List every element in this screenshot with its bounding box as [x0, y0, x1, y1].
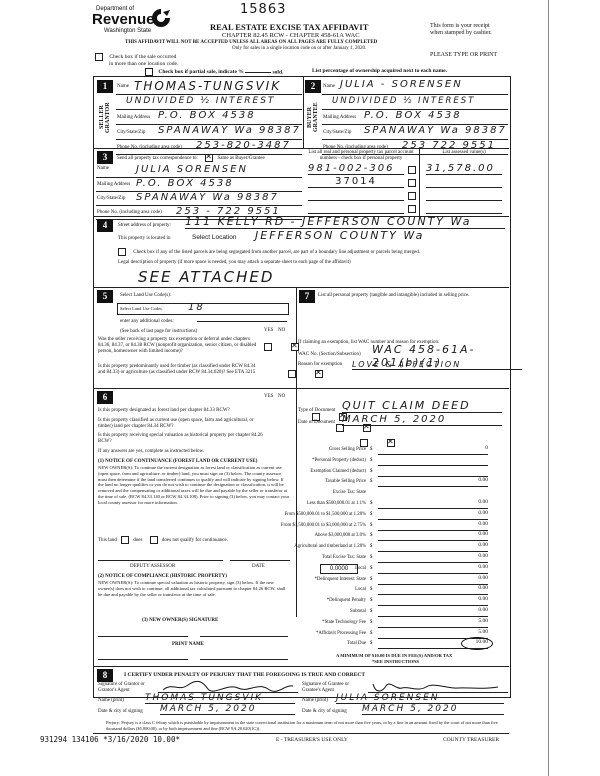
s5-q2-no-checkbox[interactable] [315, 370, 323, 378]
stamp-number: 15863 [240, 2, 286, 17]
tax-row-value[interactable]: 0.00 [378, 596, 488, 606]
partial-sale-label: Check box if partial sale, indicate % [158, 69, 243, 75]
print-name-label: PRINT NAME [172, 642, 204, 648]
seller-interest-field[interactable]: UNDIVIDED ½ INTEREST [126, 96, 275, 106]
tax-row-dollar: $ [370, 555, 372, 560]
tax-row: Taxable Selling Price$0.00 [298, 477, 508, 488]
tax-row-label: Taxable Selling Price [325, 479, 366, 484]
tax-row-dollar: $ [370, 469, 372, 474]
tax-row-value[interactable]: 0.00 [378, 575, 488, 585]
tax-row: *Delinquent Interest: State$0.00 [298, 575, 508, 586]
tax-city-field[interactable]: SPANAWAY Wa 98387 [136, 192, 279, 203]
tax-row-dollar: $ [370, 566, 372, 571]
receipt-note: This form is your receipt when stamped b… [430, 23, 492, 37]
tax-row-dollar: $ [370, 587, 372, 592]
tax-row-label: *Delinquent Interest: State [315, 577, 366, 582]
parcel-row: 37014 [308, 176, 508, 189]
buyer-city-field[interactable]: SPANAWAY Wa 98387 [364, 125, 507, 136]
grantee-signature[interactable] [368, 680, 508, 693]
tax-row-label: Local [355, 587, 366, 592]
this-land-label: This land [98, 538, 117, 543]
same-as-buyer-label: Same as Buyer/Grantee [217, 156, 264, 161]
deputy-assessor-label: DEPUTY ASSESSOR [130, 564, 175, 570]
s5-question-1: Was the seller receiving a property tax … [98, 337, 258, 355]
street-address-field[interactable]: 111 KELLY RD - JEFFERSON COUNTY Wa [185, 215, 505, 229]
buyer-name-field[interactable]: JULIA - SORENSEN [340, 79, 463, 90]
tax-row: Above $3,000,000 at 3.0%$0.00 [298, 531, 508, 542]
tax-row-label: *Delinquent Penalty [327, 598, 366, 603]
tax-row-label: Exemption Claimed (deduct) [310, 469, 366, 474]
land-use-select-label: Select Land Use Codes [120, 306, 162, 312]
grantor-name-field[interactable]: THOMAS TUNGSVIK [145, 693, 295, 704]
s5-yes-header: YES [264, 328, 273, 334]
section-8-top-rule [93, 666, 509, 667]
grantee-name-label: Name (print) [302, 698, 328, 704]
personal-property-checkbox[interactable] [408, 179, 416, 187]
tax-row: From $1,500,000.01 to $3,000,000 at 2.75… [298, 521, 508, 532]
buyer-grantee-label: BUYER GRANTEE [307, 95, 319, 140]
wac-label: WAC No. (Section/Subsection) [298, 352, 361, 358]
grantee-name-field[interactable]: JULIA SORENSEN [336, 693, 504, 704]
section-5-7-divider [296, 287, 297, 617]
assessor-date-line[interactable] [230, 560, 290, 561]
tax-row-value[interactable]: 5.00 [378, 618, 488, 628]
tax-row-value[interactable]: 0.00 [378, 607, 488, 617]
s5-q1-yes-checkbox[interactable] [264, 343, 272, 351]
tax-row-dollar: $ [370, 512, 372, 517]
tax-name-label: Name [97, 166, 109, 172]
s5-question-2: Is this property predominantly used for … [98, 364, 258, 376]
tax-table: Gross Selling Price$0*Personal Property … [298, 445, 508, 650]
tax-row-dollar: $ [370, 544, 372, 549]
multi-location-row: Check box if the sale occurred in more t… [95, 53, 178, 68]
assessed-header: List assessed value(s) [422, 150, 506, 156]
section-4-number: 4 [97, 219, 113, 232]
tax-row-dollar: $ [370, 577, 372, 582]
s6-question-2: Is this property classified as current u… [98, 418, 263, 430]
tax-row-label: Above $3,000,000 at 3.0% [315, 533, 366, 538]
segregated-label: Check box if any of the listed parcels a… [133, 250, 420, 255]
tax-row-dollar: $ [370, 609, 372, 614]
tax-row-value[interactable]: 0.00 [378, 510, 488, 520]
parcel-row [308, 202, 508, 215]
located-label: This property is located in [118, 236, 171, 242]
perjury-bottom-rule [93, 733, 509, 734]
tax-row-dollar: $ [370, 631, 372, 636]
street-label: Street address of property: [118, 223, 171, 229]
tax-mailing-label: Mailing Address [97, 182, 130, 188]
tax-row-label: Total Due [347, 641, 366, 646]
section-5-number: 5 [97, 290, 113, 303]
tax-row-label: Gross Selling Price [329, 447, 366, 452]
tax-row: Gross Selling Price$0 [298, 445, 508, 456]
multi-location-label: Check box if the sale occurred [109, 54, 176, 60]
parcel-number-field[interactable] [308, 202, 404, 214]
tax-row: 0.0000Local$0.00 [298, 564, 508, 575]
send-correspondence-label: Send all property tax correspondence to: [117, 156, 198, 161]
chapter-ref: CHAPTER 82.45 RCW - CHAPTER 458-61A WAC [222, 32, 360, 39]
assessed-value-field[interactable] [426, 176, 502, 188]
section-divider-vertical [303, 76, 304, 148]
tax-row-dollar: $ [370, 533, 372, 538]
reason-label: Reason for exemption [298, 362, 342, 368]
tax-row-value[interactable]: 0.00 [378, 531, 488, 541]
tax-row-label: *Personal Property (deduct) [312, 458, 366, 463]
parcel-number-field[interactable]: 37014 [308, 176, 404, 188]
s6-question-1: Is this property designated as forest la… [98, 408, 263, 414]
section-5-top-rule [93, 287, 509, 288]
grantor-date-label: Date & city of signing [98, 709, 143, 715]
parcel-number-field[interactable] [308, 189, 404, 201]
does-not-qualify-checkbox[interactable] [150, 536, 158, 544]
seller-grantor-label: SELLER GRANTOR [99, 95, 111, 140]
partial-sale-checkbox[interactable] [145, 68, 153, 76]
tax-row-label: Excise Tax: State [333, 490, 366, 495]
revenue-wordmark: Revenue [92, 12, 155, 27]
s6-question-3: Is this property receiving special valua… [98, 433, 263, 445]
tax-row: Local$0.00 [298, 585, 508, 596]
notice-2-body: NEW OWNER(S): To continue special valuat… [98, 580, 290, 597]
certify-text: I CERTIFY UNDER PENALTY OF PERJURY THAT … [124, 672, 365, 678]
tax-row-label: Agricultural and timberland at 1.28% [294, 544, 366, 549]
total-due-circle [461, 637, 493, 650]
tax-city-label: City/State/Zip [97, 196, 125, 202]
tax-row-value[interactable] [378, 456, 488, 466]
s6-yes-header: YES [264, 394, 273, 400]
select-location-dropdown[interactable]: Select Location [192, 234, 236, 241]
personal-property-checkbox[interactable] [408, 166, 416, 174]
parcel-number-field[interactable]: 981-002-306 [308, 163, 404, 175]
legal-description-label: Legal description of property (if more s… [118, 260, 418, 266]
doc-type-field[interactable]: QUIT CLAIM DEED [342, 399, 502, 413]
warning-text: THIS AFFIDAVIT WILL NOT BE ACCEPTED UNLE… [125, 40, 377, 45]
seller-name-label: Name [117, 84, 129, 90]
doc-type-label: Type of Document [298, 408, 335, 414]
tax-row: Subtotal$0.00 [298, 607, 508, 618]
tax-row-dollar: $ [370, 501, 372, 506]
does-qualify-checkbox[interactable] [121, 536, 129, 544]
tax-row-value[interactable]: 0.00 [378, 585, 488, 595]
continuance-row: This land does does not qualify for cont… [98, 536, 228, 544]
tax-row-label: *State Technology Fee [322, 620, 366, 625]
tax-row: Total Excise Tax: State$0.00 [298, 553, 508, 564]
tax-row: *State Technology Fee$5.00 [298, 618, 508, 629]
send-correspondence-row: Send all property tax correspondence to:… [117, 154, 265, 162]
partial-sale-percent-field[interactable] [245, 72, 271, 73]
grantor-date-field[interactable]: MARCH 5, 2020 [160, 704, 295, 715]
buyer-mailing-field[interactable]: P.O. BOX 4538 [364, 110, 462, 121]
does-not-label: does not qualify for continuance. [162, 538, 228, 543]
county-treasurer-label: COUNTY TREASURER [443, 737, 499, 743]
local-rate-box[interactable]: 0.0000 [320, 564, 358, 574]
right-page-edge [548, 0, 549, 776]
multi-location-label-2: in more than one location code. [109, 61, 178, 67]
section-6-top-rule [93, 388, 509, 389]
tax-row-value[interactable]: 0.00 [378, 553, 488, 563]
tax-row-value[interactable] [378, 467, 488, 477]
tax-mailing-field[interactable]: P.O. BOX 4538 [136, 178, 234, 189]
additional-codes-row: enter any additional codes: [120, 319, 287, 325]
section-2-number: 2 [305, 80, 321, 93]
tax-row: Exemption Claimed (deduct)$ [298, 467, 508, 478]
deputy-assessor-sig-line[interactable] [98, 560, 223, 561]
tax-row-dollar: $ [370, 479, 372, 484]
segregated-checkbox[interactable] [118, 248, 126, 256]
tax-row-dollar: $ [370, 641, 372, 646]
section-7-number: 7 [299, 290, 315, 303]
sold-label: sold. [273, 69, 284, 75]
personal-property-checkbox[interactable] [408, 205, 416, 213]
tax-row: From $500,000.01 to $1,500,000 at 1.28%$… [298, 510, 508, 521]
section-2: Name JULIA - SORENSEN UNDIVIDED ½ INTERE… [322, 78, 508, 155]
same-as-buyer-checkbox[interactable] [205, 154, 213, 162]
tax-row-dollar: $ [370, 620, 372, 625]
tax-row: Excise Tax: State [298, 488, 508, 499]
grantee-signature-scribble-icon [368, 680, 508, 694]
seller-name-field[interactable]: THOMAS-TUNGSVIK [134, 79, 281, 93]
section-1: Name THOMAS-TUNGSVIK UNDIVIDED ½ INTERES… [116, 78, 302, 155]
tax-row-label: From $1,500,000.01 to $3,000,000 at 2.75… [281, 523, 366, 528]
buyer-mailing-label: Mailing Address [323, 115, 356, 121]
location-field[interactable]: JEFFERSON COUNTY Wa [255, 229, 424, 242]
land-use-value: 18 [188, 302, 205, 313]
treasurer-use-label: E - TREASURER'S USE ONLY [276, 737, 348, 743]
tax-row-dollar: $ [370, 523, 372, 528]
see-instructions: *SEE INSTRUCTIONS [372, 659, 419, 665]
additional-codes-label: enter any additional codes: [120, 319, 174, 324]
land-use-select[interactable]: Select Land Use Codes 18 [117, 303, 289, 315]
tax-row-value[interactable]: 0.00 [378, 477, 488, 487]
tax-row-value[interactable]: 0.00 [378, 542, 488, 552]
personal-property-label: List all personal property (tangible and… [318, 293, 469, 299]
parcel-row [308, 189, 508, 202]
section-3: Name JULIA SORENSEN Mailing Address P.O.… [96, 164, 302, 220]
new-owner-sig-label: (3) NEW OWNER(S) SIGNATURE [142, 618, 218, 624]
assessor-date-label: DATE [252, 564, 265, 570]
perjury-text: Perjury: Perjury is a class C felony whi… [106, 720, 508, 731]
s5-q2-yes-checkbox[interactable] [288, 370, 296, 378]
grantor-name-label: Name (print) [98, 698, 124, 704]
section-6-number: 6 [97, 391, 113, 404]
new-owner-sig-line-2[interactable] [200, 636, 288, 637]
seller-phone-field[interactable]: 253-820-3487 [196, 140, 291, 151]
assessed-value-field[interactable]: 31,578.00 [426, 163, 502, 175]
seller-mailing-label: Mailing Address [117, 115, 150, 121]
tax-row-value[interactable]: 0 [378, 445, 488, 455]
s6-instruct: If any answers are yes, complete as inst… [98, 449, 204, 455]
assessed-value-field[interactable] [426, 202, 502, 214]
tax-row: Agricultural and timberland at 1.28%$0.0… [298, 542, 508, 553]
buyer-city-label: City/State/Zip [323, 130, 351, 136]
washington-state-label: Washington State [104, 28, 151, 34]
doc-date-label: Date of Document [298, 420, 335, 426]
doc-date-field[interactable]: MARCH 5, 2020 [342, 414, 502, 426]
tax-row-label: Less than $500,000.01 at 1.1% [307, 501, 366, 506]
tax-row-value[interactable]: 0.00 [378, 499, 488, 509]
seller-mailing-field[interactable]: P.O. BOX 4538 [158, 110, 256, 121]
tax-row-label: Local [355, 566, 366, 571]
parcel-row: 981-002-30631,578.00 [308, 163, 508, 176]
seller-city-field[interactable]: SPANAWAY Wa 98387 [158, 125, 301, 136]
ownership-note: List percentage of ownership acquired ne… [312, 68, 447, 75]
print-name-line-2[interactable] [200, 659, 288, 660]
reason-field[interactable]: LOVE & AFFECTION [352, 360, 502, 370]
parcel-header: List all real and personal property tax … [306, 150, 416, 162]
seller-city-label: City/State/Zip [117, 130, 145, 136]
personal-property-checkbox[interactable] [408, 192, 416, 200]
only-for-text: Only for sales in a single location code… [232, 46, 366, 51]
buyer-name-label: Name [323, 84, 335, 90]
see-back-label: (See back of last page for instructions) [120, 329, 197, 335]
section-3-top-rule [93, 148, 304, 149]
tax-row: Total Due$10.00 [298, 639, 508, 650]
tax-row-label: Total Excise Tax: State [322, 555, 366, 560]
new-owner-sig-line-1[interactable] [98, 636, 188, 637]
assessed-value-field[interactable] [426, 189, 502, 201]
receipt-stamp: 931294 134106 *3/16/2020 10.00* [40, 735, 180, 744]
parcel-rows: 981-002-30631,578.0037014 [308, 163, 508, 215]
tax-name-field[interactable]: JULIA SORENSEN [136, 164, 248, 175]
tax-row-label: From $500,000.01 to $1,500,000 at 1.28% [284, 512, 366, 517]
tax-row-dollar: $ [370, 458, 372, 463]
tax-row: *Personal Property (deduct)$ [298, 456, 508, 467]
revenue-logo: Department of Revenue Washington State [92, 6, 172, 36]
land-use-label: Select Land Use Code(s): [120, 293, 171, 299]
does-label: does [133, 538, 142, 543]
tax-row: Less than $500,000.01 at 1.1%$0.00 [298, 499, 508, 510]
wa-logo-icon [150, 8, 172, 28]
section-3-number: 3 [97, 151, 113, 164]
grantor-signature-scribble-icon [158, 680, 298, 694]
tax-row-dollar: $ [370, 598, 372, 603]
tax-row-label: Subtotal [350, 609, 366, 614]
tax-row: *Delinquent Penalty$0.00 [298, 596, 508, 607]
tax-row-label: *Affidavit Processing Fee [316, 631, 366, 636]
receipt-note-line1: This form is your receipt [430, 23, 492, 30]
tax-row-value[interactable]: 0.00 [378, 564, 488, 574]
section-8-number: 8 [97, 669, 113, 682]
please-type-label: PLEASE TYPE OR PRINT [430, 52, 497, 58]
grantor-signature[interactable] [158, 680, 298, 693]
buyer-interest-field[interactable]: UNDIVIDED ½ INTEREST [332, 96, 475, 106]
segregated-row: Check box if any of the listed parcels a… [118, 248, 508, 256]
s6-no-header: NO [278, 394, 285, 400]
legal-description-field[interactable]: SEE ATTACHED [138, 268, 274, 286]
additional-codes-field[interactable] [197, 321, 287, 322]
section-1-number: 1 [97, 80, 113, 93]
grantee-date-label: Date & city of signing [302, 709, 347, 715]
tax-row-dollar: $ [370, 447, 372, 452]
notice-1-body: NEW OWNER(S): To continue the current de… [98, 465, 290, 506]
tax-row-value[interactable]: 0.00 [378, 521, 488, 531]
partial-sale-row: Check box if partial sale, indicate % so… [145, 68, 283, 76]
multi-location-checkbox[interactable] [95, 53, 103, 61]
form-title: REAL ESTATE EXCISE TAX AFFIDAVIT [210, 22, 368, 32]
grantee-date-field[interactable]: MARCH 5, 2020 [362, 704, 504, 715]
receipt-note-line2: when stamped by cashier. [430, 30, 492, 37]
print-name-line-1[interactable] [98, 659, 188, 660]
s5-no-header: NO [278, 328, 285, 334]
